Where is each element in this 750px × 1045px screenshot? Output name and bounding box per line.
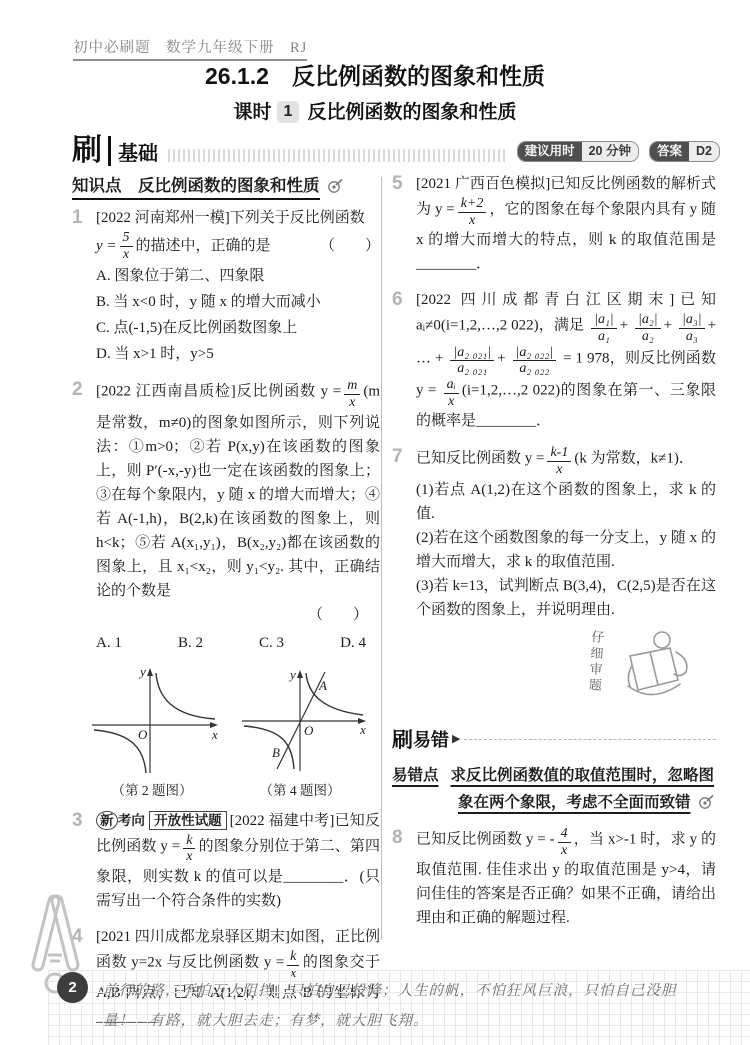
page-number-badge: 2 [57,972,88,1003]
answer-bracket: （ ） [96,603,380,627]
problem-7: 7 已知反比例函数 y =k-1x(k 为常数，k≠1)． (1)若点 A(1,… [392,445,716,621]
x-axis-label: x [211,727,218,742]
left-column: 知识点 反比例函数的图象和性质 1 [2022 河南郑州一模]下列关于反比例函数… [72,172,380,1041]
fraction: mx [344,378,360,410]
problem-number: 8 [392,826,416,930]
section-name: 基础 [118,137,158,166]
figure-caption: （第 4 题图） [226,779,374,799]
lesson-heading: 课时1反比例函数的图象和性质 [0,97,750,124]
y-axis-label: y [138,664,146,679]
column-divider [381,177,382,940]
fraction: kx [183,833,195,865]
problem-source: [2021 四川成都龙泉驿区期末] [96,929,290,945]
problem-number: 2 [72,378,96,654]
fraction: |a₃|a₃ [679,312,705,344]
problem-source: [2022 江西南昌质检] [96,384,236,400]
option-a: A. 1 [96,631,122,655]
target-icon [698,794,714,810]
section-logo: 刷 [392,724,413,754]
error-point-heading: 易错点求反比例函数值的取值范围时，忽略图象在两个象限，考虑不全面而致错 [392,762,716,816]
problem-source: [2021 广西百色模拟] [416,176,550,192]
suggested-time-badge: 建议用时 20 分钟 [517,141,639,162]
problem-text: 已知反比例函数 y = -4x，当 x>-1 时，求 y 的取值范围. 佳佳求出… [416,826,716,930]
option-b: B. 2 [178,631,203,655]
option-c: C. 点(-1,5)在反比例函数图象上 [96,316,380,340]
problem-part-2: (2)若在这个函数图象的每一分支上，y 随 x 的增大而增大，求 k 的取值范围… [416,526,716,574]
lesson-label: 课时 [234,102,272,123]
problem-source: [2022 福建中考] [230,813,335,829]
answer-bracket: （ ） [320,234,380,258]
origin-label: O [138,727,148,742]
problem-1: 1 [2022 河南郑州一模]下列关于反比例函数 y = 5x 的描述中，正确的… [72,206,380,366]
option-b: B. 当 x<0 时，y 随 x 的增大而减小 [96,290,380,314]
problem-part-1: (1)若点 A(1,2)在这个函数的图象上，求 k 的值. [416,478,716,526]
doodle-note: 仔细审题 [392,626,702,718]
problem-text: 已知反比例函数 y =k-1x(k 为常数，k≠1)． [416,445,716,477]
answer-value: D2 [689,142,719,161]
fraction: |a₂ ₀₂₂|a₂ ₀₂₂ [513,345,557,377]
problem-source: [2022 河南郑州一模] [96,210,230,226]
hyperbola-graph: y x O [78,661,226,777]
problem-text: [2021 广西百色模拟]已知反比例函数的解析式为 y =k+2x，它的图象在每… [416,172,716,276]
fraction: |a₂ ₀₂₁|a₂ ₀₂₁ [450,345,494,377]
reader-sketch-icon [606,626,702,708]
options-row: A. 1 B. 2 C. 3 D. 4 [96,631,380,655]
knowledge-point-label: 知识点 [72,177,122,195]
problem-text: y = 5x 的描述中，正确的是 （ ） [96,230,380,262]
footer-motto: 前行的路，不怕万人阻挡，只怕自己投降；人生的帆，不怕狂风巨浪，只怕自己没胆量！ … [103,977,698,1036]
problem-number: 1 [72,206,96,366]
fraction: |a₂|a₂ [635,312,661,344]
option-c: C. 3 [259,631,284,655]
option-d: D. 当 x>1 时，y>5 [96,342,380,366]
point-b-label: B [272,745,280,760]
problem-number: 7 [392,445,416,621]
problem-number: 5 [392,172,416,276]
page-title: 26.1.2 反比例函数的图象和性质 [0,58,750,91]
answer-label: 答案 [650,142,689,161]
x-axis-label: x [359,722,366,737]
fraction: aᵢx [444,377,459,409]
section-error-bar: 刷 易错 ▶ [392,724,716,754]
knowledge-point-title: 反比例函数的图象和性质 [138,177,320,195]
fraction: 4x [558,826,571,858]
lesson-title: 反比例函数的图象和性质 [307,102,516,123]
doodle-text: 仔细审题 [583,629,605,694]
problem-source: [2022 四川成都青白江区期末] [416,292,674,308]
problem-number: 6 [392,288,416,433]
problem-text: [2022 河南郑州一模]下列关于反比例函数 [96,206,380,230]
option-d: D. 4 [340,631,366,655]
error-point-label: 易错点 [392,767,439,784]
compass-sketch [8,893,103,1005]
new-direction-badge: 新 [96,811,118,830]
fraction: 5x [120,230,133,262]
y-axis-label: y [288,667,296,682]
lesson-number-badge: 1 [277,101,300,123]
fraction: k-1x [547,445,571,477]
figure-caption: （第 2 题图） [78,779,226,799]
section-logo: 刷 [72,136,111,166]
fraction: k+2x [458,196,487,228]
stripe-divider [168,149,507,162]
problem-text: [2022 四川成都青白江区期末]已知 aᵢ≠0(i=1,2,…,2 022)，… [416,288,716,433]
option-a: A. 图象位于第二、四象限 [96,264,380,288]
section-basic-bar: 刷 基础 建议用时 20 分钟 答案 D2 [72,134,720,168]
answer-page-badge: 答案 D2 [649,141,720,162]
figures-row: y x O （第 2 题图） y x O A [72,661,380,799]
problem-text: 新考向开放性试题[2022 福建中考]已知反比例函数 y =kx的图象分别位于第… [96,809,380,913]
figure-problem-2: y x O （第 2 题图） [78,661,226,799]
problem-6: 6 [2022 四川成都青白江区期末]已知 aᵢ≠0(i=1,2,…,2 022… [392,288,716,433]
problem-2: 2 [2022 江西南昌质检]反比例函数 y =mx(m 是常数，m≠0)的图象… [72,378,380,654]
origin-label: O [304,723,314,738]
problem-3: 3 新考向开放性试题[2022 福建中考]已知反比例函数 y =kx的图象分别位… [72,809,380,913]
knowledge-point-heading: 知识点 反比例函数的图象和性质 [72,172,380,196]
problem-text: [2022 江西南昌质检]反比例函数 y =mx(m 是常数，m≠0)的图象如图… [96,378,380,602]
fraction: |a₁|a₁ [591,312,617,344]
time-value: 20 分钟 [582,142,638,161]
open-question-badge: 开放性试题 [149,811,227,830]
right-column: 5 [2021 广西百色模拟]已知反比例函数的解析式为 y =k+2x，它的图象… [392,172,716,942]
problem-5: 5 [2021 广西百色模拟]已知反比例函数的解析式为 y =k+2x，它的图象… [392,172,716,276]
hyperbola-line-graph: y x O A B [226,661,374,777]
arrow-icon: ▶ [452,732,460,745]
time-label: 建议用时 [518,142,582,161]
error-point-text: 求反比例函数值的取值范围时，忽略图象在两个象限，考虑不全面而致错 [451,767,715,811]
workbook-page: 初中必刷题 数学九年级下册 RJ 26.1.2 反比例函数的图象和性质 课时1反… [0,0,750,1045]
figure-problem-4: y x O A B （第 4 题图） [226,661,374,799]
section-name: 易错 [413,726,449,752]
dashed-divider [464,739,716,740]
target-icon [327,178,343,194]
point-a-label: A [318,678,327,693]
problem-8: 8 已知反比例函数 y = -4x，当 x>-1 时，求 y 的取值范围. 佳佳… [392,826,716,930]
problem-part-3: (3)若 k=13，试判断点 B(3,4)，C(2,5)是否在这个函数的图象上，… [416,574,716,622]
